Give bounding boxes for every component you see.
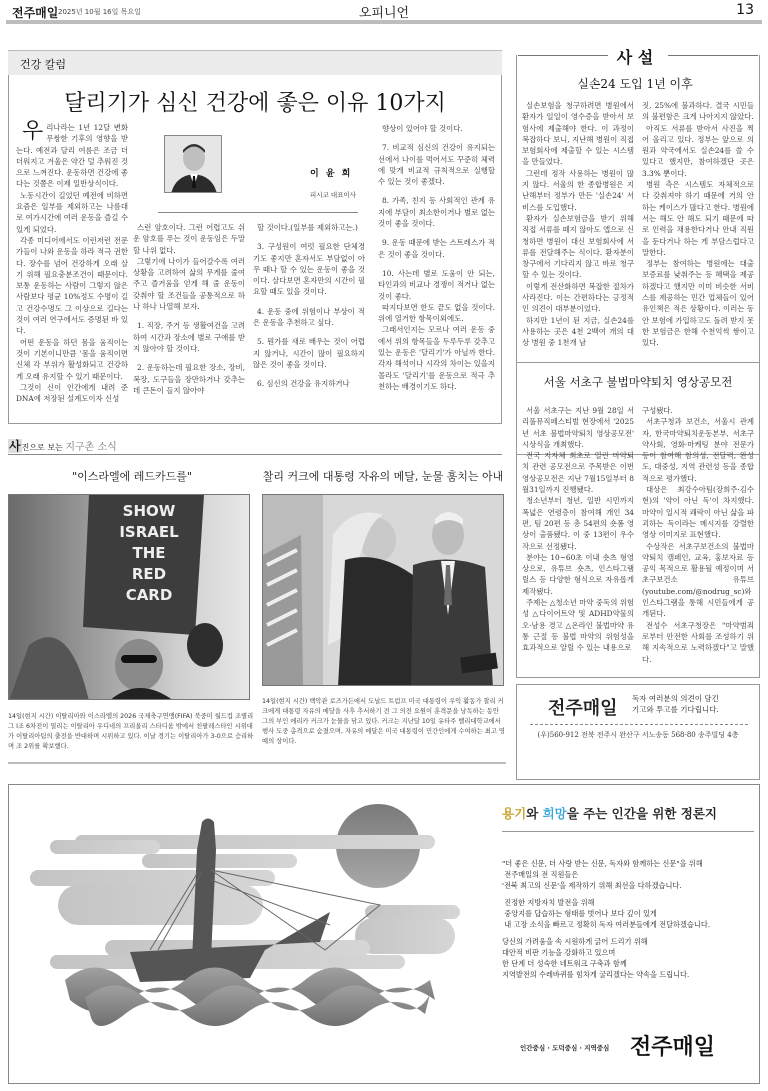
- ad-tagline: 인간중심 · 도덕중심 · 지역중심: [520, 1043, 609, 1052]
- ad-slogan: 용기와 희망을 주는 인간을 위한 정론지: [502, 804, 717, 822]
- column-text-col1: 우 리나라는 1년 12달 변화무쌍한 기후의 영향을 받는다. 예전과 달리 …: [16, 122, 128, 404]
- column-title: 달리기가 심신 건강에 좋은 이유 10가지: [8, 86, 502, 117]
- ad-paragraph-1: "더 좋은 신문, 더 사랑 받는 신문, 독자와 함께하는 신문"을 위해 전…: [502, 858, 710, 891]
- author-name: 이 윤 희: [310, 166, 352, 179]
- photo-protest: SHOW ISRAEL THE RED CARD: [8, 494, 250, 700]
- column-text-col2: 스런 암호이다. 그런 어렵고도 쉬운 암호를 푸는 것이 운동임은 두말할 나…: [133, 222, 245, 396]
- editorial-text-col1: 실손보험을 청구하려면 병원에서 환자가 일일이 영수증을 받아서 보험사에 제…: [522, 100, 634, 349]
- promo-text: 독자 여러분의 의견이 담긴 기고와 투고를 기다립니다.: [632, 693, 719, 715]
- ad-illustration: [30, 800, 470, 1030]
- ad-paragraph-2: 진정한 지방자치 발전을 위해 중앙지를 답습하는 형태를 벗어나 보다 깊이 …: [502, 897, 710, 930]
- column-text-col3: 할 것이다.(일부를 제외하고는.) 3. 구성원이 여럿 필요한 단체경기도 …: [253, 222, 365, 390]
- photo-section-header: 사진으로 보는 지구촌 소식: [8, 437, 502, 455]
- ad-paragraph-3: 당신의 가려움을 속 시원하게 긁어 드리기 위해 대안적 비판 기능을 강화하…: [502, 936, 710, 980]
- photo-left-title: "이스라엘에 레드카드를": [8, 468, 256, 484]
- page-number: 13: [736, 2, 754, 18]
- photo-left-caption: 14일(현지 시간) 이탈리아와 이스라엘의 2026 국제축구연맹(FIFA)…: [8, 712, 254, 752]
- news-title: 서울 서초구 불법마약퇴치 영상공모전: [516, 374, 760, 390]
- photo-medal-ceremony: [262, 494, 504, 686]
- protest-sign: SHOW ISRAEL THE RED CARD: [104, 501, 194, 606]
- promo-brand: 전주매일: [548, 694, 618, 720]
- promo-divider: [530, 724, 748, 725]
- slogan-rule: [502, 831, 754, 832]
- editorial-label: 사 설: [510, 45, 760, 68]
- editorial-title: 실손24 도입 1년 이후: [510, 75, 760, 92]
- section-title: 오피니언: [0, 2, 768, 21]
- ship-pen-illustration-icon: [30, 800, 470, 1030]
- column-category: 건강 칼럼: [8, 51, 502, 75]
- author-photo: [164, 135, 222, 193]
- author-rule: [158, 212, 358, 213]
- news-text-col2: 구성됐다. 서초구청과 보건소, 서울시 관계자, 한국마약퇴치운동본부, 서초…: [642, 405, 754, 665]
- column-text-col4: 향상이 있어야 할 것이다. 7. 비교적 심신의 건강이 유지되는 선에서 나…: [378, 123, 495, 392]
- dropcap: 우: [22, 122, 43, 142]
- photo-section-bottom-rule: [8, 762, 506, 764]
- promo-address: (우)560-912 전북 전주시 완산구 서노송동 568-80 송주빌딩 4…: [516, 730, 760, 740]
- photo-right-title: 찰리 커크에 대통령 자유의 메달, 눈물 훔치는 아내: [258, 468, 508, 484]
- header-rule: [6, 20, 762, 24]
- author-role: 피시코 대표이사: [310, 190, 356, 199]
- editorial-text-col2: 짓, 25%에 불과하다. 결국 시민들의 불편함은 크게 나아지지 않았다. …: [642, 100, 754, 349]
- ceremony-photo-icon: [263, 495, 504, 686]
- ad-brand-logo: 전주매일: [630, 1030, 715, 1061]
- ad-body-text: "더 좋은 신문, 더 사랑 받는 신문, 독자와 함께하는 신문"을 위해 전…: [502, 858, 710, 986]
- portrait-icon: [165, 136, 222, 193]
- news-text-col1: 서울 서초구는 지난 9월 28일 서리풀뮤직페스티벌 현장에서 '2025년 …: [522, 405, 634, 654]
- photo-right-caption: 14일(현지 시간) 백악관 로즈가든에서 도널드 트럼프 미국 대통령이 우익…: [262, 697, 506, 747]
